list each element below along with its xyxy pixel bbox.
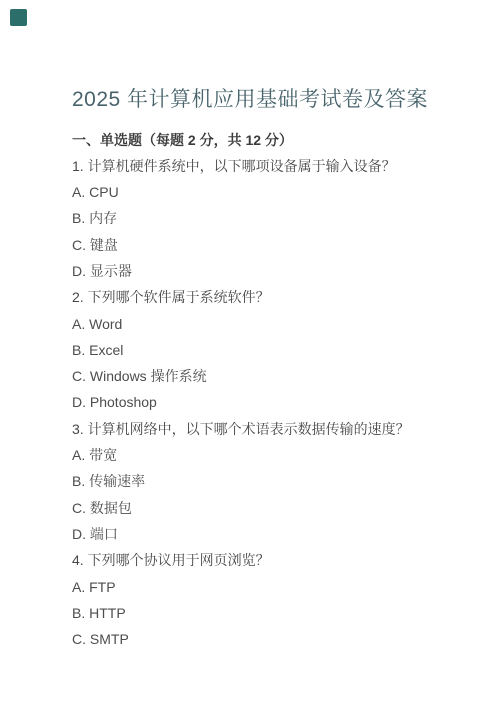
option-line: B. Excel — [72, 337, 470, 363]
option-line: A. CPU — [72, 179, 470, 205]
option-line: D. 显示器 — [72, 258, 470, 284]
option-line: B. 内存 — [72, 205, 470, 231]
option-line: B. HTTP — [72, 600, 470, 626]
question-line-1: 1. 计算机硬件系统中，以下哪项设备属于输入设备？ — [72, 153, 470, 179]
question-line-3: 3. 计算机网络中，以下哪个术语表示数据传输的速度？ — [72, 416, 470, 442]
option-line: C. 数据包 — [72, 495, 470, 521]
section-heading: 一、单选题（每题 2 分，共 12 分） — [72, 127, 470, 153]
option-line: A. 带宽 — [72, 442, 470, 468]
option-line: C. Windows 操作系统 — [72, 363, 470, 389]
exam-content: 一、单选题（每题 2 分，共 12 分） 1. 计算机硬件系统中，以下哪项设备属… — [72, 127, 470, 653]
option-line: B. 传输速率 — [72, 468, 470, 494]
option-line: D. Photoshop — [72, 389, 470, 415]
option-line: D. 端口 — [72, 521, 470, 547]
option-line: A. Word — [72, 311, 470, 337]
option-line: C. SMTP — [72, 626, 470, 652]
question-line-2: 2. 下列哪个软件属于系统软件？ — [72, 284, 470, 310]
option-line: A. FTP — [72, 574, 470, 600]
question-line-4: 4. 下列哪个协议用于网页浏览？ — [72, 547, 470, 573]
page-title: 2025 年计算机应用基础考试卷及答案 — [0, 83, 500, 113]
corner-accent-mark — [10, 9, 27, 26]
questions-list: 1. 计算机硬件系统中，以下哪项设备属于输入设备？A. CPUB. 内存C. 键… — [72, 153, 470, 653]
option-line: C. 键盘 — [72, 232, 470, 258]
